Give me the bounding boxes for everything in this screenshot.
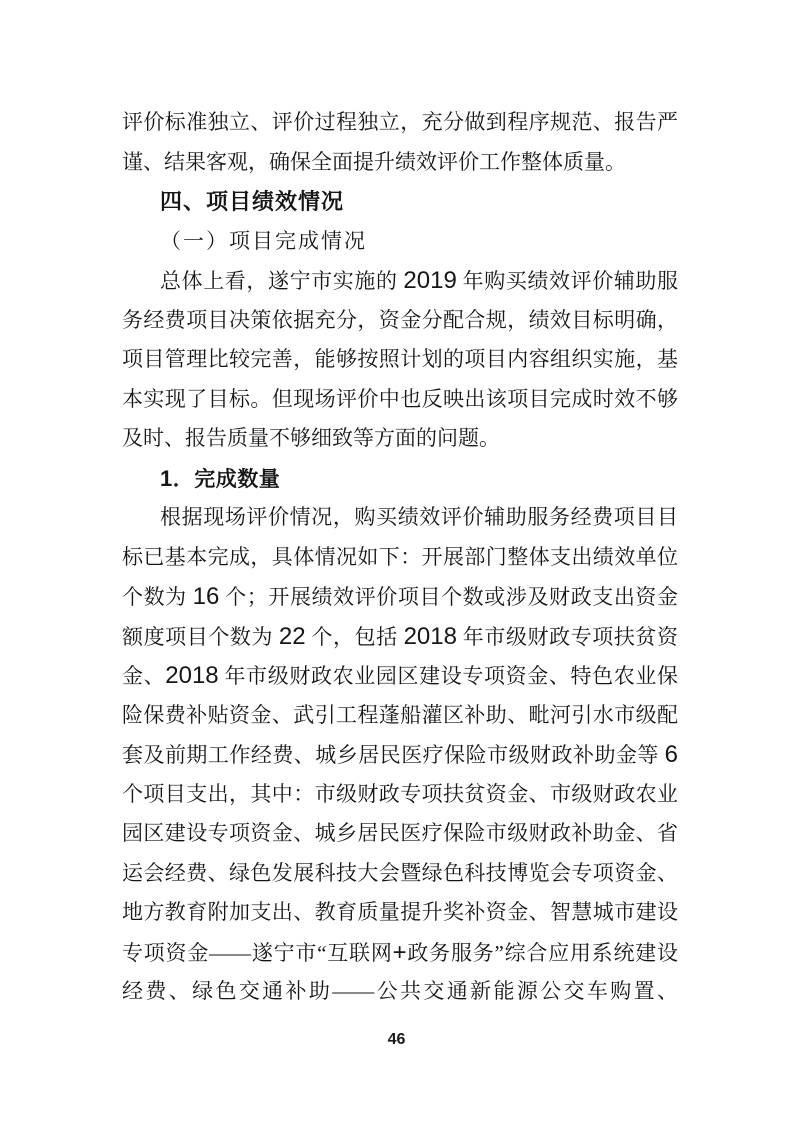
text-line: 险保费补贴资金、武引工程蓬船灌区补助、毗河引水市级配 xyxy=(122,696,678,736)
text-line: 运会经费、绿色发展科技大会暨绿色科技博览会专项资金、 xyxy=(122,854,678,894)
text-line: 专项资金——遂宁市“互联网+政务服务”综合应用系统建设 xyxy=(122,933,678,973)
text-line: 额度项目个数为 22 个，包括 2018 年市级财政专项扶贫资 xyxy=(122,617,678,657)
text-line: 标已基本完成，具体情况如下：开展部门整体支出绩效单位 xyxy=(122,538,678,578)
text-line: 根据现场评价情况，购买绩效评价辅助服务经费项目目 xyxy=(122,498,678,538)
text-line: 园区建设专项资金、城乡居民医疗保险市级财政补助金、省 xyxy=(122,814,678,854)
text-line: 个数为 16 个；开展绩效评价项目个数或涉及财政支出资金 xyxy=(122,577,678,617)
text-line: 经费、绿色交通补助——公共交通新能源公交车购置、2018 xyxy=(122,972,678,1012)
text-line: 总体上看，遂宁市实施的 2019 年购买绩效评价辅助服 xyxy=(122,261,678,301)
text-line: 金、2018 年市级财政农业园区建设专项资金、特色农业保 xyxy=(122,656,678,696)
document-body: 评价标准独立、评价过程独立，充分做到程序规范、报告严谨、结果客观，确保全面提升绩… xyxy=(122,103,678,1012)
numeral: 2018 xyxy=(165,662,218,689)
heading-line: 四、项目绩效情况 xyxy=(122,182,678,222)
text-line: 套及前期工作经费、城乡居民医疗保险市级财政补助金等 6 xyxy=(122,735,678,775)
subheading-line: （一）项目完成情况 xyxy=(122,222,678,262)
text-line: 及时、报告质量不够细致等方面的问题。 xyxy=(122,419,678,459)
numeral: 6 xyxy=(665,741,678,768)
numeral: 2019 xyxy=(403,267,456,294)
heading-line: 1．完成数量 xyxy=(122,459,678,499)
numeral: 2018 xyxy=(404,623,457,650)
text-line: 地方教育附加支出、教育质量提升奖补资金、智慧城市建设 xyxy=(122,893,678,933)
text-line: 务经费项目决策依据充分，资金分配合规，绩效目标明确， xyxy=(122,301,678,341)
page-number: 46 xyxy=(0,1031,793,1049)
text-line: 评价标准独立、评价过程独立，充分做到程序规范、报告严 xyxy=(122,103,678,143)
numeral: + xyxy=(393,939,407,966)
text-line: 本实现了目标。但现场评价中也反映出该项目完成时效不够 xyxy=(122,380,678,420)
text-line: 个项目支出，其中：市级财政专项扶贫资金、市级财政农业 xyxy=(122,775,678,815)
text-line: 谨、结果客观，确保全面提升绩效评价工作整体质量。 xyxy=(122,143,678,183)
numeral: 16 xyxy=(193,583,220,610)
numeral: 22 xyxy=(279,623,306,650)
document-page: 评价标准独立、评价过程独立，充分做到程序规范、报告严谨、结果客观，确保全面提升绩… xyxy=(0,0,793,1122)
text-line: 项目管理比较完善，能够按照计划的项目内容组织实施，基 xyxy=(122,340,678,380)
numeral: 1 xyxy=(160,466,173,491)
